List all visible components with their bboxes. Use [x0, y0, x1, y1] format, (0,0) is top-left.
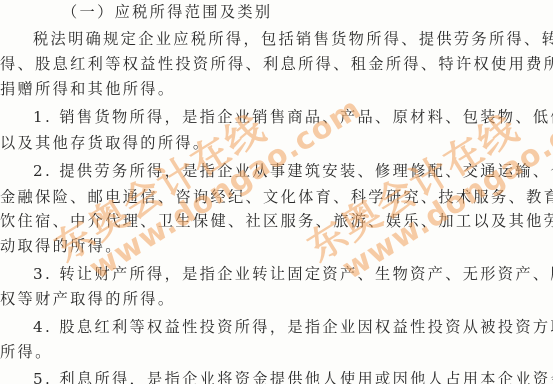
item2-line-3: 饮住宿、中介代理、卫生保健、社区服务、旅游、娱乐、加工以及其他劳务服务活	[0, 212, 553, 230]
item2-line-2: 金融保险、邮电通信、咨询经纪、文化体育、科学研究、技术服务、教育培训、餐	[0, 188, 553, 206]
item1-line-2: 以及其他存货取得的所得。	[0, 134, 553, 152]
item4-line-2: 所得。	[0, 343, 553, 361]
intro-line-1: 税法明确规定企业应税所得，包括销售货物所得、提供劳务所得、转让财产所	[33, 30, 553, 48]
item2-line-4: 动取得的所得。	[0, 237, 553, 255]
intro-line-3: 捐赠所得和其他所得。	[0, 80, 553, 98]
item3-line-1: 3. 转让财产所得，是指企业转让固定资产、生物资产、无形资产、股权、债	[33, 265, 553, 283]
section-heading: （一）应税所得范围及类别	[62, 3, 272, 21]
document-page: （一）应税所得范围及类别 税法明确规定企业应税所得，包括销售货物所得、提供劳务所…	[0, 0, 553, 384]
item2-line-1: 2. 提供劳务所得，是指企业从事建筑安装、修理修配、交通运输、仓储租赁、	[33, 162, 553, 180]
item3-line-2: 权等财产取得的所得。	[0, 290, 553, 308]
intro-line-2: 得、股息红利等权益性投资所得、利息所得、租金所得、特许权使用费所得、接受	[0, 55, 553, 73]
item1-line-1: 1. 销售货物所得，是指企业销售商品、产品、原材料、包装物、低值易耗品	[33, 108, 553, 126]
item4-line-1: 4. 股息红利等权益性投资所得，是指企业因权益性投资从被投资方取得的	[33, 318, 553, 336]
item5-line-1: 5. 利息所得，是指企业将资金提供他人使用或因他人占用本企业资金而取得	[33, 370, 553, 384]
